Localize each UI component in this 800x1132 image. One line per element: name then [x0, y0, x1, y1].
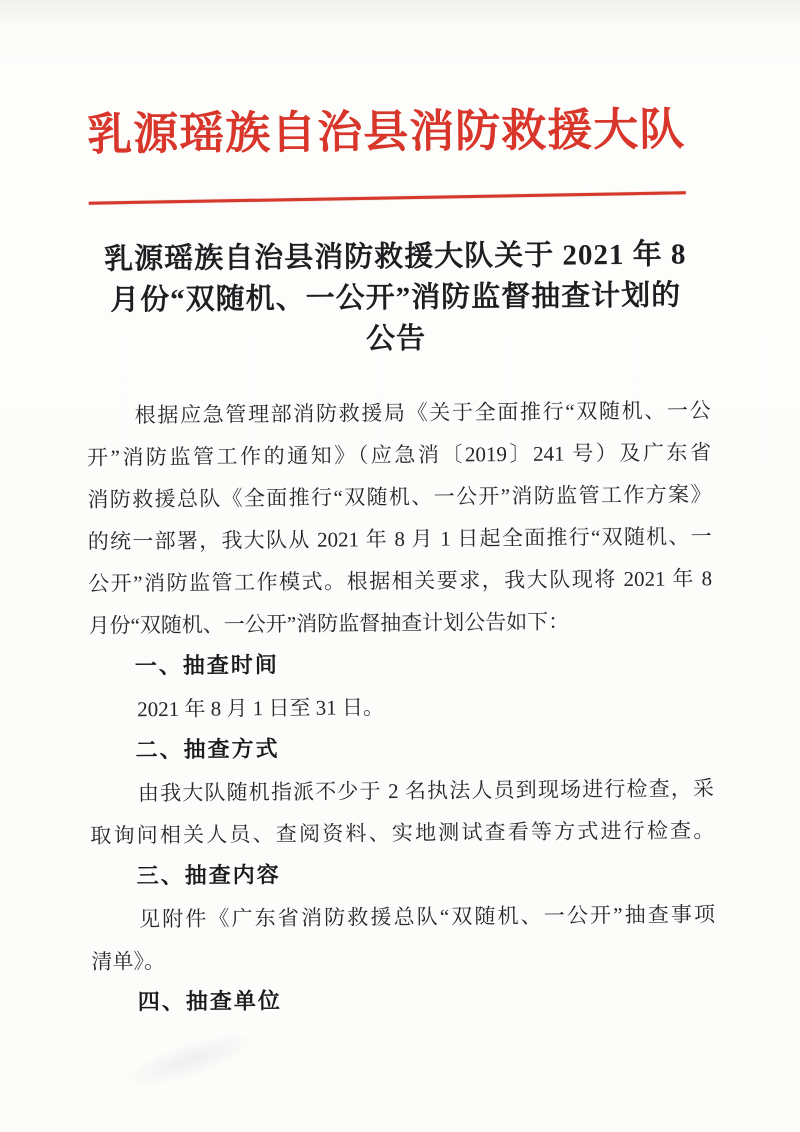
intro-line: 的统一部署，我大队从 2021 年 8 月 1 日起全面推行“双随机、一 — [88, 515, 712, 562]
section-body-line: 2021 年 8 月 1 日至 31 日。 — [89, 683, 713, 730]
section-heading-inspection-method: 二、抽查方式 — [89, 725, 713, 772]
section-heading-inspection-time: 一、抽查时间 — [89, 641, 713, 688]
section-heading-inspection-content: 三、抽查内容 — [91, 851, 715, 898]
document-title-line-1: 乳源瑶族自治县消防救援大队关于 2021 年 8 — [0, 234, 791, 282]
section-heading-inspection-units: 四、抽查单位 — [92, 977, 716, 1024]
section-body-line: 由我大队随机指派不少于 2 名执法人员到现场进行检查，采 — [90, 767, 714, 814]
document-title-line-2: 月份“双随机、一公开”消防监督抽查计划的 — [0, 275, 792, 323]
document-body: 根据应急管理部消防救援局《关于全面推行“双随机、一公 开”消防监管工作的通知》（… — [86, 389, 715, 1024]
document-title: 乳源瑶族自治县消防救援大队关于 2021 年 8 月份“双随机、一公开”消防监督… — [0, 234, 792, 364]
section-body-line: 清单》。 — [91, 935, 715, 982]
intro-line: 消防救援总队《全面推行“双随机、一公开”消防监管工作方案》 — [87, 473, 711, 520]
scanned-notice-page: 乳源瑶族自治县消防救援大队 乳源瑶族自治县消防救援大队关于 2021 年 8 月… — [0, 0, 800, 1132]
section-body-line: 取询问相关人员、查阅资料、实地测试查看等方式进行检查。 — [90, 809, 714, 856]
intro-line: 公开”消防监管工作模式。根据相关要求，我大队现将 2021 年 8 — [88, 557, 712, 604]
intro-line: 开”消防监管工作的通知》（应急消〔2019〕241 号）及广东省 — [87, 431, 711, 478]
intro-line: 月份“双随机、一公开”消防监督抽查计划公告如下： — [88, 599, 712, 646]
letterhead-divider-line — [89, 191, 686, 204]
scan-content: 乳源瑶族自治县消防救援大队 乳源瑶族自治县消防救援大队关于 2021 年 8 月… — [0, 0, 800, 1132]
intro-line: 根据应急管理部消防救援局《关于全面推行“双随机、一公 — [86, 389, 710, 436]
letterhead-title: 乳源瑶族自治县消防救援大队 — [0, 98, 776, 167]
section-body-line: 见附件《广东省消防救援总队“双随机、一公开”抽查事项 — [91, 893, 715, 940]
document-title-line-3: 公告 — [0, 316, 792, 364]
